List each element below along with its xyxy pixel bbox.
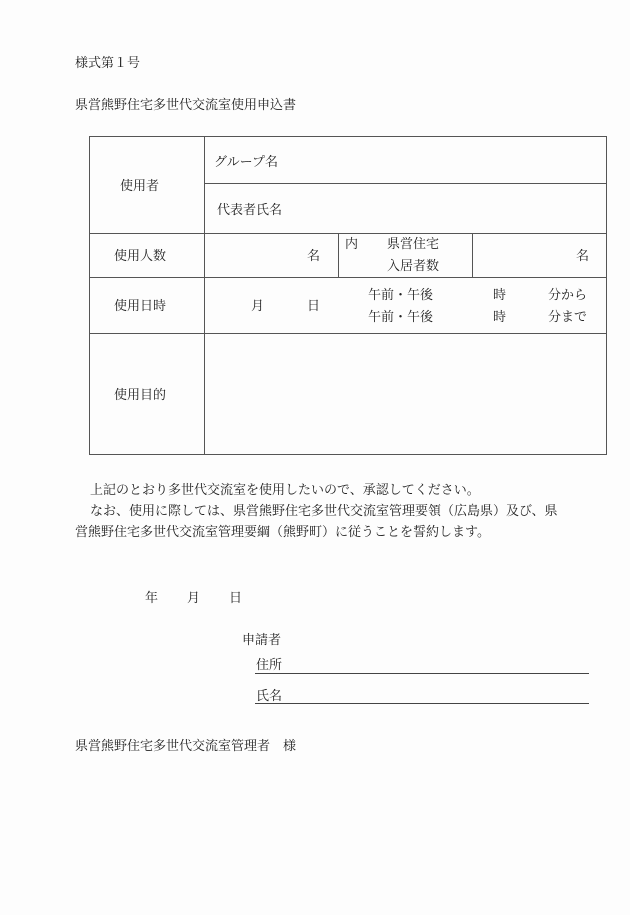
address-label: 住所 xyxy=(256,658,282,674)
start-ampm-select[interactable]: 午前・午後 xyxy=(368,288,433,304)
addressee: 県営熊野住宅多世代交流室管理者 様 xyxy=(75,739,296,755)
purpose-field[interactable] xyxy=(206,335,604,452)
table-divider xyxy=(338,233,339,277)
end-ampm-select[interactable]: 午前・午後 xyxy=(368,310,433,326)
resident-count-prefix: 内 xyxy=(345,237,358,253)
start-minute-field[interactable]: 分から xyxy=(548,288,587,304)
table-divider xyxy=(90,277,606,278)
table-divider xyxy=(204,137,205,454)
body-paragraph-1: 上記のとおり多世代交流室を使用したいので、承認してください。 xyxy=(90,483,480,499)
table-divider xyxy=(472,233,473,277)
purpose-label: 使用目的 xyxy=(114,388,166,404)
application-form-table: 使用者 グループ名 代表者氏名 使用人数 名 内 県営住宅 入居者数 名 使用日… xyxy=(89,136,607,455)
form-number: 様式第１号 xyxy=(75,56,140,72)
body-paragraph-2-line-1: なお、使用に際しては、県営熊野住宅多世代交流室管理要領（広島県）及び、県 xyxy=(90,504,557,520)
table-divider xyxy=(90,333,606,334)
date-day-field[interactable]: 日 xyxy=(307,299,320,315)
date-month[interactable]: 月 xyxy=(187,591,200,607)
form-title: 県営熊野住宅多世代交流室使用申込書 xyxy=(75,98,296,114)
group-name-field[interactable]: グループ名 xyxy=(214,155,278,171)
table-divider xyxy=(204,183,606,184)
start-hour-field[interactable]: 時 xyxy=(493,288,506,304)
date-day[interactable]: 日 xyxy=(229,591,242,607)
headcount-field-unit[interactable]: 名 xyxy=(307,249,320,265)
datetime-label: 使用日時 xyxy=(114,299,166,315)
resident-count-field-unit[interactable]: 名 xyxy=(576,249,589,265)
date-year[interactable]: 年 xyxy=(145,591,158,607)
address-input-line[interactable] xyxy=(255,673,589,674)
body-paragraph-2-line-2: 営熊野住宅多世代交流室管理要綱（熊野町）に従うことを誓約します。 xyxy=(75,525,490,541)
representative-name-field[interactable]: 代表者氏名 xyxy=(217,203,282,219)
date-month-field[interactable]: 月 xyxy=(251,299,264,315)
headcount-label: 使用人数 xyxy=(114,249,166,265)
end-hour-field[interactable]: 時 xyxy=(493,310,506,326)
table-divider xyxy=(90,233,606,234)
name-input-line[interactable] xyxy=(255,703,589,704)
end-minute-field[interactable]: 分まで xyxy=(548,310,587,326)
resident-count-label-line1: 県営住宅 xyxy=(387,237,439,253)
applicant-heading: 申請者 xyxy=(242,633,281,649)
user-label: 使用者 xyxy=(120,179,159,195)
resident-count-label-line2: 入居者数 xyxy=(387,259,439,275)
